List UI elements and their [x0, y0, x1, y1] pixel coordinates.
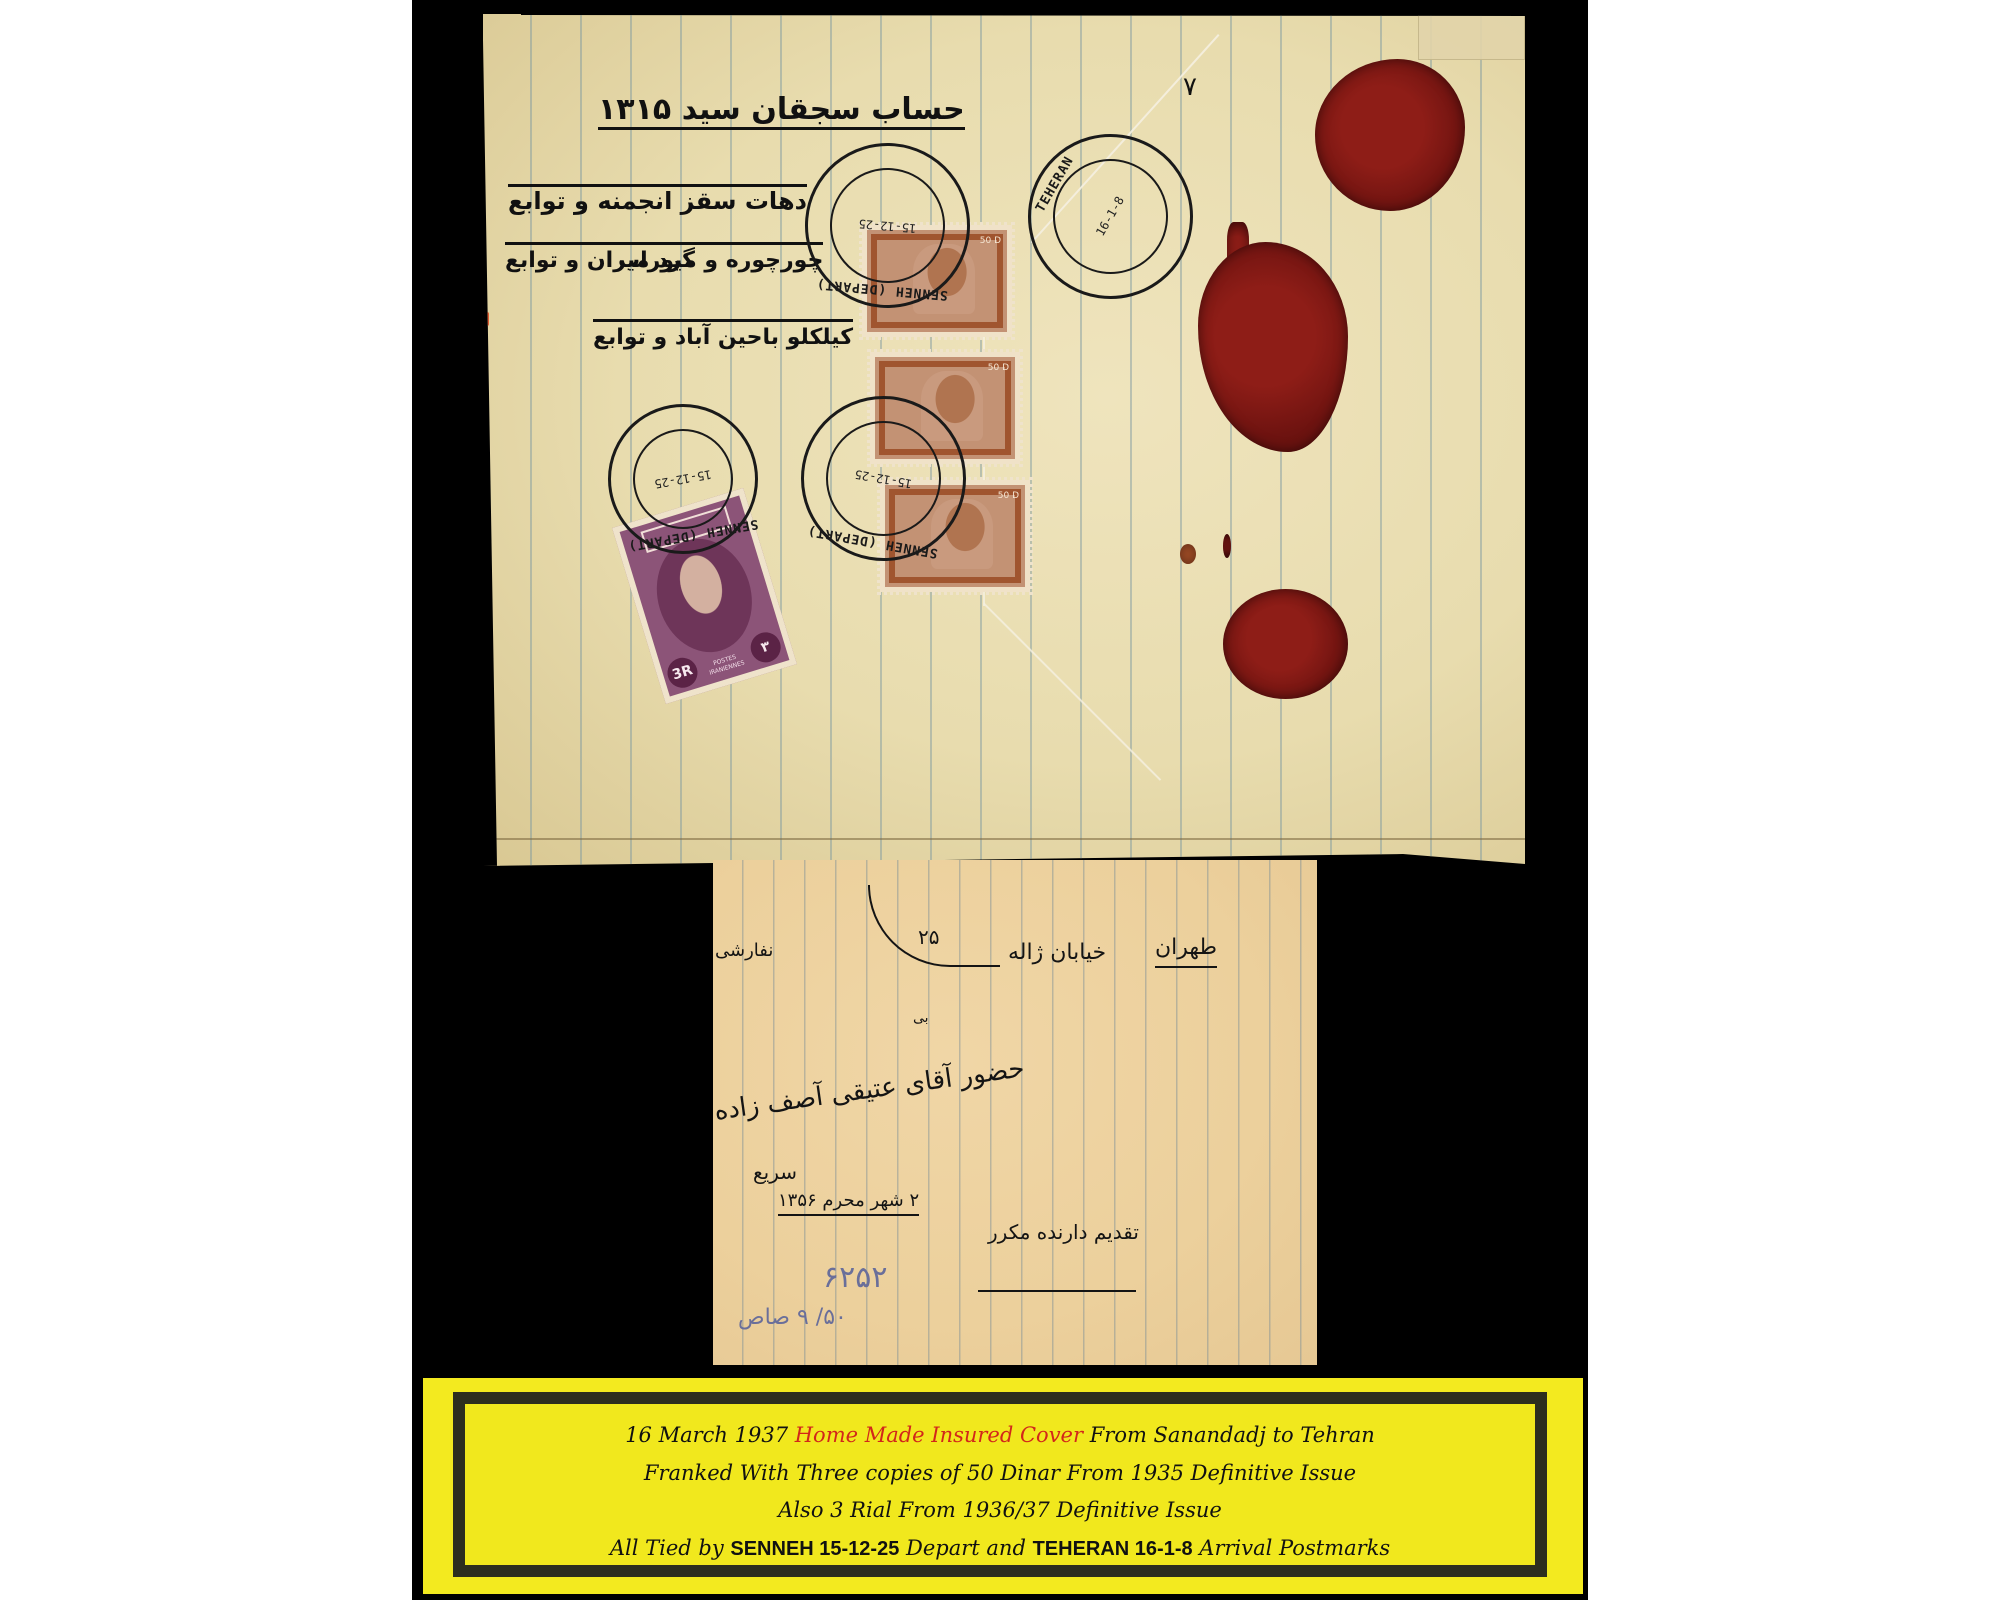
- handwritten-line: کیلکلو باحین آباد و توابع: [593, 319, 853, 354]
- postmark-date: 15-12-25: [611, 460, 755, 499]
- postmark-text: SENNEH (DEPART): [802, 275, 962, 304]
- postmark-text: SENNEH (DEPART): [793, 520, 952, 562]
- postmark-senneh: SENNEH (DEPART) 15-12-25: [798, 136, 977, 315]
- side-note: نفارشی: [715, 940, 773, 961]
- envelope-fold-line: [483, 838, 1525, 840]
- postmark-teheran: TEHERAN 16-1-8: [998, 104, 1223, 329]
- caption-route: From Sanandadj to Tehran: [1083, 1423, 1375, 1447]
- handwritten-line: گرد میران و توابع: [505, 242, 695, 277]
- wax-seal: [1198, 242, 1348, 452]
- caption-date: 16 March 1937: [625, 1423, 795, 1447]
- wax-seal: [1315, 59, 1465, 211]
- postmark-date: 15-12-25: [804, 459, 963, 500]
- sender-note: سریع: [753, 1160, 797, 1184]
- caption-arrival-postmark: TEHERAN 16-1-8: [1033, 1538, 1193, 1560]
- caption-line-1: 16 March 1937 Home Made Insured Cover Fr…: [465, 1423, 1535, 1447]
- caption-text: Depart and: [899, 1536, 1032, 1560]
- wax-drop: [1223, 534, 1231, 558]
- postmark-date: 15-12-25: [808, 213, 968, 241]
- caption-line-2: Franked With Three copies of 50 Dinar Fr…: [465, 1461, 1535, 1485]
- underline: [978, 1290, 1136, 1292]
- caption-depart-postmark: SENNEH 15-12-25: [730, 1538, 899, 1560]
- addressee: حضور آقای عتیقی آصف زاده: [713, 1053, 1026, 1126]
- pencil-number: ۶۲۵۲: [823, 1260, 887, 1295]
- stamp-value: 3R: [664, 654, 701, 691]
- pencil-note: ۵۰/ ۹ صاص: [738, 1305, 847, 1330]
- handwritten-line: دهات سقز انجمنه و توابع: [508, 184, 807, 215]
- sender-date: ۲ شهر محرم ۱۳۵۶: [778, 1190, 919, 1216]
- envelope-back: حساب سجقان سید ۱۳۱۵ ٧ دهات سقز انجمنه و …: [483, 14, 1525, 866]
- handwritten-header: حساب سجقان سید ۱۳۱۵: [598, 92, 965, 130]
- address-street: خیابان ژاله: [1008, 940, 1106, 965]
- caption-label: 16 March 1937 Home Made Insured Cover Fr…: [423, 1378, 1583, 1594]
- stamp-legend: POSTES IRANIENNES: [698, 649, 754, 680]
- wax-seal: [1223, 589, 1348, 699]
- address-number: ۲۵: [918, 925, 939, 949]
- caption-line-4: All Tied by SENNEH 15-12-25 Depart and T…: [465, 1536, 1535, 1561]
- stamp-value: 50 D: [998, 491, 1019, 501]
- wax-drop: [1180, 544, 1196, 564]
- address-city: طهران: [1155, 935, 1217, 968]
- caption-highlight: Home Made Insured Cover: [795, 1423, 1083, 1447]
- envelope-flap-edge: [983, 603, 1161, 781]
- postmark-date: 16-1-8: [1064, 144, 1156, 289]
- caption-text: All Tied by: [610, 1536, 731, 1560]
- letter-sheet: طهران خیابان ژاله ۲۵ نفارشی بی حضور آقای…: [713, 860, 1317, 1365]
- stamp-value: 50 D: [988, 363, 1009, 373]
- caption-text: Arrival Postmarks: [1193, 1536, 1391, 1560]
- delivery-note: تقدیم دارنده مکرر: [988, 1220, 1139, 1244]
- caption-frame: 16 March 1937 Home Made Insured Cover Fr…: [453, 1392, 1547, 1577]
- paper-tape: [1418, 14, 1525, 60]
- handwritten-mark: ٧: [1183, 72, 1197, 102]
- small-note: بی: [913, 1010, 929, 1026]
- stamp-value: 50 D: [980, 236, 1001, 246]
- postmark-text: TEHERAN: [1009, 112, 1101, 257]
- caption-line-3: Also 3 Rial From 1936/37 Definitive Issu…: [465, 1498, 1535, 1522]
